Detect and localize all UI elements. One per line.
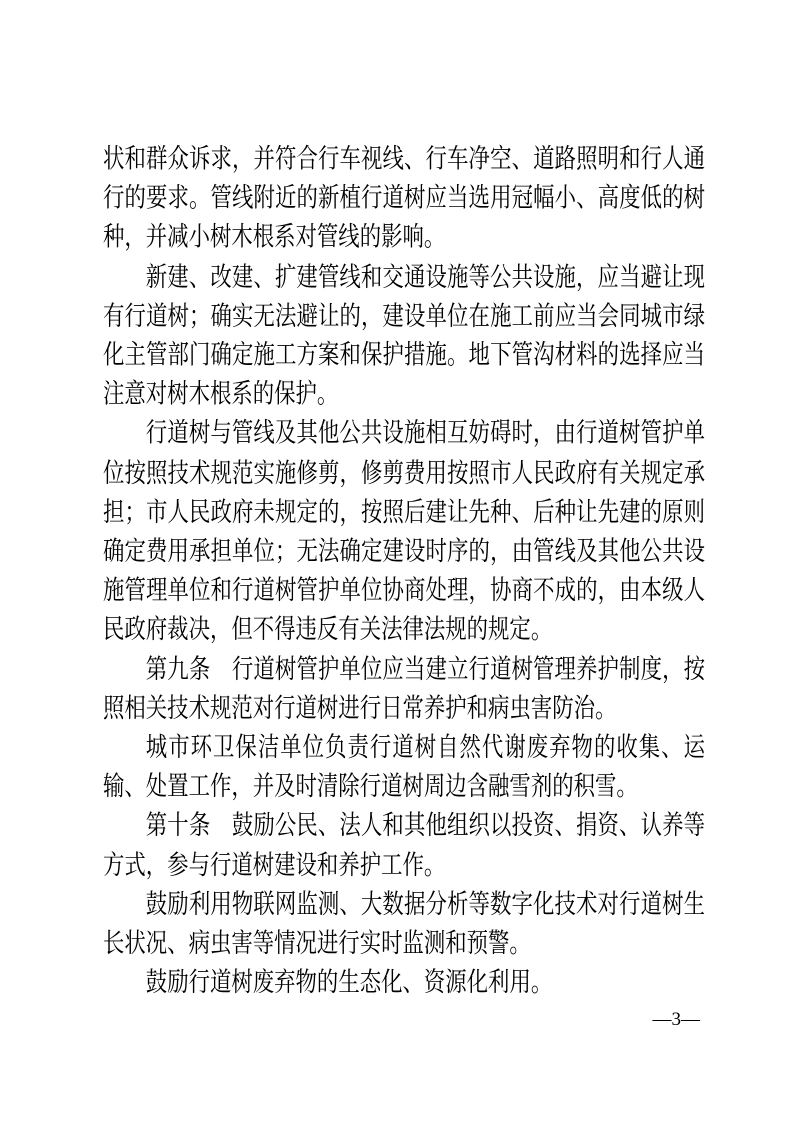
document-page: 状和群众诉求，并符合行车视线、行车净空、道路照明和行人通行的要求。管线附近的新植…: [0, 0, 800, 1132]
paragraph: 鼓励利用物联网监测、大数据分析等数字化技术对行道树生长状况、病虫害等情况进行实时…: [103, 885, 705, 963]
body-text: 状和群众诉求，并符合行车视线、行车净空、道路照明和行人通行的要求。管线附近的新植…: [103, 140, 705, 1003]
page-number: —3—: [653, 1008, 701, 1032]
paragraph: 新建、改建、扩建管线和交通设施等公共设施，应当避让现有行道树；确实无法避让的，建…: [103, 258, 705, 415]
paragraph: 城市环卫保洁单位负责行道树自然代谢废弃物的收集、运输、处置工作，并及时清除行道树…: [103, 728, 705, 806]
paragraph: 第九条 行道树管护单位应当建立行道树管理养护制度，按照相关技术规范对行道树进行日…: [103, 650, 705, 728]
paragraph: 第十条 鼓励公民、法人和其他组织以投资、捐资、认养等方式，参与行道树建设和养护工…: [103, 807, 705, 885]
paragraph: 状和群众诉求，并符合行车视线、行车净空、道路照明和行人通行的要求。管线附近的新植…: [103, 140, 705, 258]
paragraph: 鼓励行道树废弃物的生态化、资源化利用。: [103, 964, 705, 1003]
paragraph: 行道树与管线及其他公共设施相互妨碍时，由行道树管护单位按照技术规范实施修剪，修剪…: [103, 415, 705, 650]
